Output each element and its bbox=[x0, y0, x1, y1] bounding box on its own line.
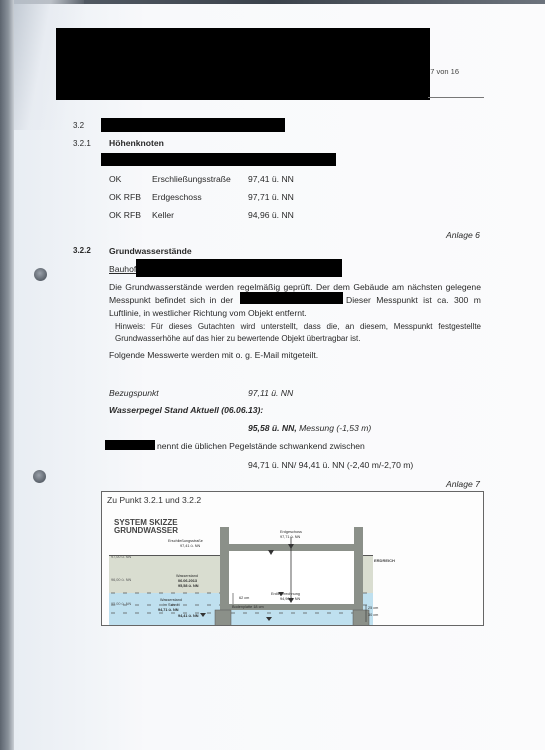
redacted-header bbox=[56, 28, 430, 100]
label-current-level-2: 06.06.2013 bbox=[178, 579, 197, 583]
subheading-bauhof: Bauhof bbox=[109, 264, 136, 274]
section-3-2-number: 3.2 bbox=[73, 121, 84, 130]
water-level-line: 95,58 ü. NN, Messung (-1,53 m) bbox=[248, 423, 371, 433]
water-level-value: 95,58 ü. NN, bbox=[248, 423, 297, 433]
paragraph-line: Folgende Messwerte werden mit o. g. E-Ma… bbox=[109, 350, 318, 360]
row-code: OK RFB bbox=[109, 210, 141, 220]
section-3-2-1-title: Höhenknoten bbox=[109, 138, 164, 148]
label-avg-level-2: im Schnitt bbox=[163, 603, 180, 607]
label-dim-25: 25 cm bbox=[368, 606, 378, 610]
usual-levels-text: nennt die üblichen Pegelstände schwanken… bbox=[157, 441, 365, 451]
reference-label: Bezugspunkt bbox=[109, 388, 159, 398]
label-avg-level-3: 94,71 ü. NN bbox=[158, 608, 178, 612]
redacted-page-prefix bbox=[424, 64, 430, 78]
label-basement-1: Erdlegerechnung bbox=[271, 592, 300, 596]
label-current-level-3: 95,58 ü. NN bbox=[178, 584, 198, 588]
water-level-label: Wasserpegel Stand Aktuell (06.06.13): bbox=[109, 405, 263, 415]
punch-hole-top bbox=[34, 268, 47, 281]
label-road: Erschließungsstraße bbox=[168, 539, 203, 543]
label-road-level: 97,41 ü. NN bbox=[180, 544, 200, 548]
groundwater-sketch-figure: Zu Punkt 3.2.1 und 3.2.2 bbox=[101, 491, 484, 626]
paragraph-line: Messpunkt befindet sich in der bbox=[109, 295, 233, 305]
label-ground-floor-level: 97,71 ü. NN bbox=[280, 535, 300, 539]
paragraph-line: Dieser Messpunkt ist ca. 300 m bbox=[346, 295, 481, 305]
row-label: Erschließungsstraße bbox=[152, 174, 231, 184]
scale-95: 95,00 ü. NN bbox=[111, 602, 131, 606]
section-3-2-1-number: 3.2.1 bbox=[73, 139, 91, 148]
redacted-line bbox=[101, 153, 336, 166]
scale-97: 97,00 ü. NN bbox=[111, 555, 131, 559]
label-low-level: 94,41 ü. NN bbox=[178, 614, 198, 618]
label-dim-30: 30 cm bbox=[368, 613, 378, 617]
header-rule bbox=[428, 97, 484, 98]
section-3-2-2-title: Grundwasserstände bbox=[109, 246, 192, 256]
label-current-level-1: Wasserstand bbox=[176, 574, 198, 578]
row-value: 97,41 ü. NN bbox=[248, 174, 294, 184]
label-height-62: 62 cm bbox=[239, 596, 249, 600]
label-basement-2: 94,96 ü. NN bbox=[280, 597, 300, 601]
usual-levels-value: 94,71 ü. NN/ 94,41 ü. NN (-2,40 m/-2,70 … bbox=[248, 460, 413, 470]
paragraph-line: Luftlinie, in westlicher Richtung vom Ob… bbox=[109, 308, 307, 318]
redacted-section-title bbox=[101, 118, 285, 132]
reference-value: 97,11 ü. NN bbox=[248, 388, 293, 398]
note-line: Grundwasserhöhe auf das hier zu bewerten… bbox=[115, 334, 360, 343]
groundwater-diagram bbox=[102, 492, 483, 625]
document-page bbox=[14, 4, 545, 750]
punch-hole-bottom bbox=[33, 470, 46, 483]
redacted-name bbox=[105, 440, 155, 450]
row-value: 97,71 ü. NN bbox=[248, 192, 294, 202]
row-value: 94,96 ü. NN bbox=[248, 210, 294, 220]
scanner-edge-left bbox=[0, 0, 14, 750]
row-code: OK RFB bbox=[109, 192, 141, 202]
water-level-measure: Messung (-1,53 m) bbox=[297, 423, 372, 433]
note-line: Hinweis: Für dieses Gutachten wird unter… bbox=[115, 322, 481, 331]
row-label: Keller bbox=[152, 210, 174, 220]
paragraph-line: Die Grundwasserstände werden regelmäßig … bbox=[109, 282, 481, 292]
diagram-title-line2: GRUNDWASSER bbox=[114, 526, 178, 535]
label-soil: ERDREICH bbox=[374, 558, 395, 563]
label-slab: Bodenplatte 18 cm bbox=[232, 605, 264, 609]
row-code: OK bbox=[109, 174, 121, 184]
redacted-location bbox=[240, 292, 343, 304]
attachment-6-label: Anlage 6 bbox=[446, 230, 480, 240]
attachment-7-label: Anlage 7 bbox=[446, 479, 480, 489]
label-avg-level-1: Wasserstand bbox=[160, 598, 182, 602]
section-3-2-2-number: 3.2.2 bbox=[73, 246, 91, 255]
label-ground-floor: Erdgeschoss bbox=[280, 530, 302, 534]
redacted-location bbox=[136, 259, 342, 277]
scale-96: 96,00 ü. NN bbox=[111, 578, 131, 582]
row-label: Erdgeschoss bbox=[152, 192, 202, 202]
